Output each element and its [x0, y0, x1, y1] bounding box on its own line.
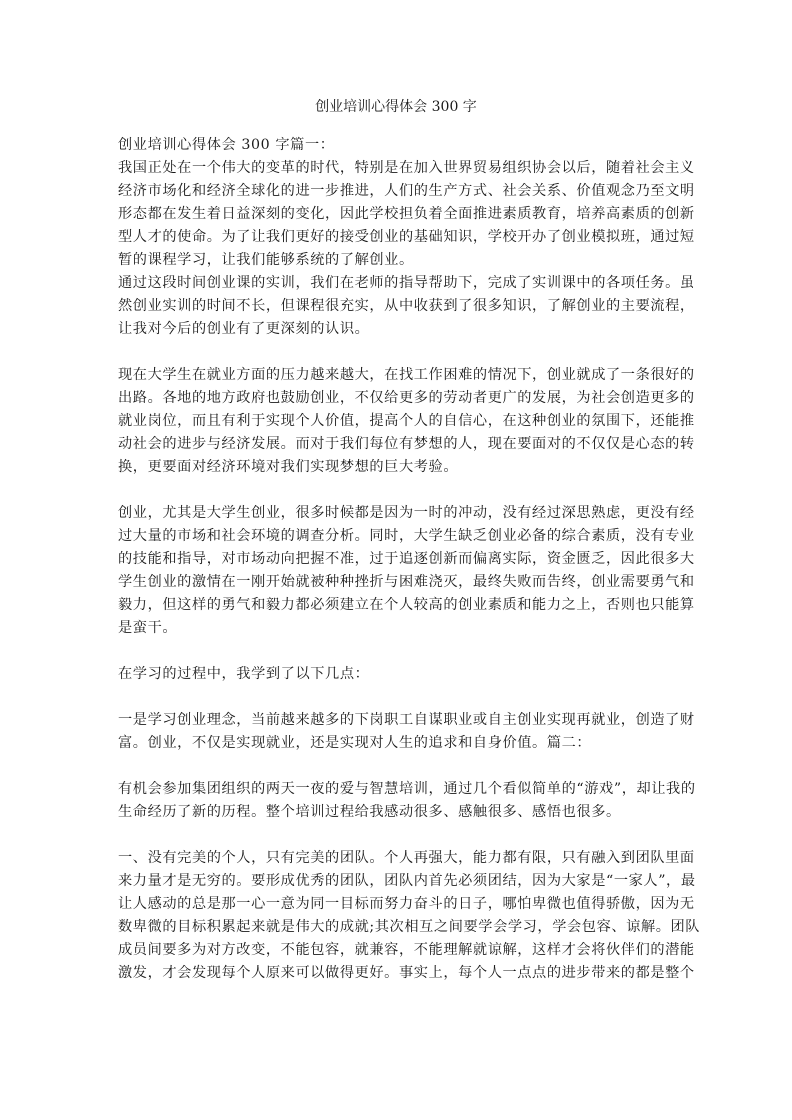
paragraph: 创业培训心得体会 300 字篇一：	[118, 134, 664, 157]
text-line: 的技能和指导，对市场动向把握不准，过于追逐创新而偏离实际，资金匮乏，因此很多大	[118, 548, 664, 571]
text-line: 我国正处在一个伟大的变革的时代，特别是在加入世界贸易组织协会以后，随着社会主义	[118, 157, 664, 180]
paragraph-spacer	[118, 479, 664, 502]
paragraph: 一、没有完美的个人，只有完美的团队。个人再强大，能力都有限，只有融入到团队里面来…	[118, 847, 664, 985]
text-line: 在学习的过程中，我学到了以下几点：	[118, 663, 664, 686]
text-line: 生命经历了新的历程。整个培训过程给我感动很多、感触很多、感悟也很多。	[118, 801, 664, 824]
text-line: 型人才的使命。为了让我们更好的接受创业的基础知识，学校开办了创业模拟班，通过短	[118, 226, 664, 249]
text-line: 毅力，但这样的勇气和毅力都必须建立在个人较高的创业素质和能力之上，否则也只能算	[118, 594, 664, 617]
paragraph-spacer	[118, 686, 664, 709]
text-line: 来力量才是无穷的。要形成优秀的团队，团队内首先必须团结，因为大家是“一家人”，最	[118, 870, 664, 893]
text-line: 出路。各地的地方政府也鼓励创业，不仅给更多的劳动者更广的发展，为社会创造更多的	[118, 387, 664, 410]
text-line: 一、没有完美的个人，只有完美的团队。个人再强大，能力都有限，只有融入到团队里面	[118, 847, 664, 870]
paragraph-spacer	[118, 824, 664, 847]
paragraph: 我国正处在一个伟大的变革的时代，特别是在加入世界贸易组织协会以后，随着社会主义经…	[118, 157, 664, 272]
text-line: 让我对今后的创业有了更深刻的认识。	[118, 318, 664, 341]
text-line: 经济市场化和经济全球化的进一步推进，人们的生产方式、社会关系、价值观念乃至文明	[118, 180, 664, 203]
paragraph: 有机会参加集团组织的两天一夜的爱与智慧培训，通过几个看似简单的“游戏”，却让我的…	[118, 778, 664, 824]
text-line: 过大量的市场和社会环境的调查分析。同时，大学生缺乏创业必备的综合素质，没有专业	[118, 525, 664, 548]
text-line: 成员间要多为对方改变，不能包容，就兼容，不能理解就谅解，这样才会将伙伴们的潜能	[118, 939, 664, 962]
paragraph: 创业，尤其是大学生创业，很多时候都是因为一时的冲动，没有经过深思熟虑，更没有经过…	[118, 502, 664, 640]
text-line: 换，更要面对经济环境对我们实现梦想的巨大考验。	[118, 456, 664, 479]
text-line: 学生创业的激情在一刚开始就被种种挫折与困难浇灭，最终失败而告终，创业需要勇气和	[118, 571, 664, 594]
text-line: 富。创业，不仅是实现就业，还是实现对人生的追求和自身价值。篇二：	[118, 732, 664, 755]
document-page: 创业培训心得体会 300 字 创业培训心得体会 300 字篇一：我国正处在一个伟…	[0, 0, 792, 1120]
text-line: 动社会的进步与经济发展。而对于我们每位有梦想的人，现在要面对的不仅仅是心态的转	[118, 433, 664, 456]
text-line: 让人感动的总是那一心一意为同一目标而努力奋斗的日子，哪怕卑微也值得骄傲，因为无	[118, 893, 664, 916]
text-line: 有机会参加集团组织的两天一夜的爱与智慧培训，通过几个看似简单的“游戏”，却让我的	[118, 778, 664, 801]
text-line: 是蛮干。	[118, 617, 664, 640]
paragraph: 现在大学生在就业方面的压力越来越大，在找工作困难的情况下，创业就成了一条很好的出…	[118, 364, 664, 479]
document-title: 创业培训心得体会 300 字	[0, 97, 792, 117]
text-line: 激发，才会发现每个人原来可以做得更好。事实上，每个人一点点的进步带来的都是整个	[118, 962, 664, 985]
document-body: 创业培训心得体会 300 字篇一：我国正处在一个伟大的变革的时代，特别是在加入世…	[118, 134, 664, 985]
text-line: 暂的课程学习，让我们能够系统的了解创业。	[118, 249, 664, 272]
text-line: 一是学习创业理念，当前越来越多的下岗职工自谋职业或自主创业实现再就业，创造了财	[118, 709, 664, 732]
paragraph-spacer	[118, 640, 664, 663]
paragraph: 通过这段时间创业课的实训，我们在老师的指导帮助下，完成了实训课中的各项任务。虽然…	[118, 272, 664, 341]
text-line: 创业，尤其是大学生创业，很多时候都是因为一时的冲动，没有经过深思熟虑，更没有经	[118, 502, 664, 525]
text-line: 形态都在发生着日益深刻的变化，因此学校担负着全面推进素质教育，培养高素质的创新	[118, 203, 664, 226]
paragraph: 在学习的过程中，我学到了以下几点：	[118, 663, 664, 686]
paragraph-spacer	[118, 755, 664, 778]
text-line: 通过这段时间创业课的实训，我们在老师的指导帮助下，完成了实训课中的各项任务。虽	[118, 272, 664, 295]
text-line: 现在大学生在就业方面的压力越来越大，在找工作困难的情况下，创业就成了一条很好的	[118, 364, 664, 387]
paragraph: 一是学习创业理念，当前越来越多的下岗职工自谋职业或自主创业实现再就业，创造了财富…	[118, 709, 664, 755]
paragraph-spacer	[118, 341, 664, 364]
text-line: 就业岗位，而且有利于实现个人价值，提高个人的自信心，在这种创业的氛围下，还能推	[118, 410, 664, 433]
text-line: 然创业实训的时间不长，但课程很充实，从中收获到了很多知识，了解创业的主要流程，	[118, 295, 664, 318]
text-line: 创业培训心得体会 300 字篇一：	[118, 134, 664, 157]
text-line: 数卑微的目标积累起来就是伟大的成就;其次相互之间要学会学习，学会包容、谅解。团队	[118, 916, 664, 939]
